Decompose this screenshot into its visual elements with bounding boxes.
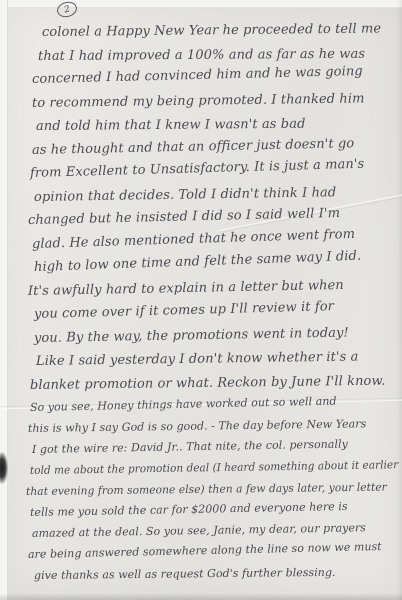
letter-scan-page: 2 colonel a Happy New Year he proceeded … (0, 0, 402, 600)
handwriting-line: colonel a Happy New Year he proceeded to… (42, 17, 396, 44)
page-number: 2 (63, 4, 71, 15)
handwriting-line: to recommend my being promoted. I thanke… (32, 86, 396, 115)
paper-edge-left (0, 0, 8, 600)
paper-edge-bottom (0, 593, 402, 600)
handwriting-line: give thanks as well as request God's fur… (34, 561, 396, 586)
handwritten-text-block: colonel a Happy New Year he proceeded to… (12, 21, 396, 586)
paper-edge-right (397, 0, 402, 600)
